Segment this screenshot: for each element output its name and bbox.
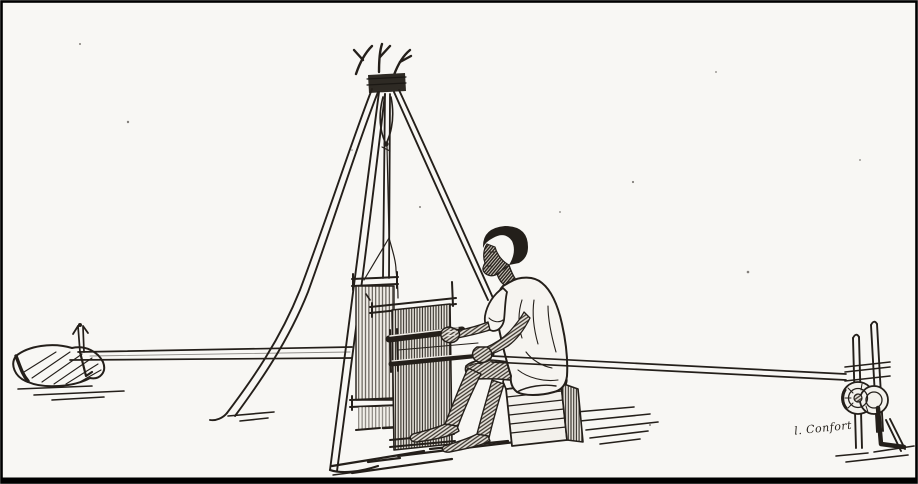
engraving-canvas bbox=[0, 0, 918, 484]
weaver-right-hand bbox=[441, 327, 460, 343]
rear-panel-fringe bbox=[358, 407, 392, 429]
rear-warp-panel bbox=[356, 286, 394, 400]
engraving-plate: l. Confort bbox=[0, 0, 918, 484]
weaver-left-hand bbox=[473, 347, 492, 362]
